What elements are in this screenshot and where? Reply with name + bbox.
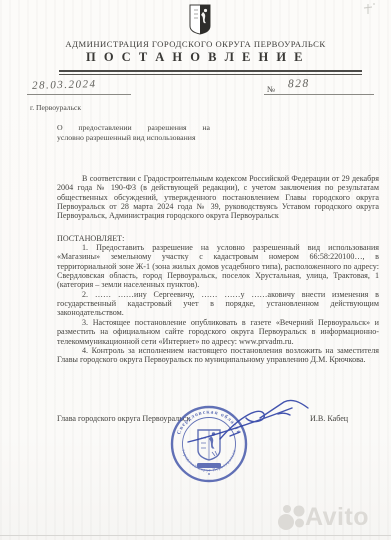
handwritten-date: 28.03.2024 [32,78,97,92]
resolves-heading: ПОСТАНОВЛЯЕТ: [57,234,379,243]
item-paragraph-3: 3. Настоящее постановление опубликовать … [57,318,379,346]
scanned-document-page: АДМИНИСТРАЦИЯ ГОРОДСКОГО ОКРУГА ПЕРВОУРА… [0,0,391,540]
document-type-title: П О С Т А Н О В Л Е Н И Е [0,50,391,65]
handwritten-number: 828 [288,78,310,90]
city-label: г. Первоуральск [30,103,81,112]
coat-of-arms-icon [189,4,211,35]
item-paragraph-4: 4. Контроль за исполнением настоящего по… [57,346,379,365]
avito-watermark: Avito [278,501,369,533]
bottom-edge-line [0,535,391,536]
document-body: В соответствии с Градостроительным кодек… [57,174,379,365]
date-underline [27,94,131,95]
pencil-mark [360,2,376,18]
intro-paragraph: В соответствии с Градостроительным кодек… [57,174,379,221]
number-sign: № [267,84,275,94]
organization-name: АДМИНИСТРАЦИЯ ГОРОДСКОГО ОКРУГА ПЕРВОУРА… [0,39,391,49]
header-divider [59,70,362,75]
item-paragraph-1: 1. Предоставить разрешение на условно ра… [57,243,379,290]
subject-line-1: О предоставлении разрешения на [57,123,210,133]
signature-ink [160,392,320,462]
avito-watermark-label: Avito [305,502,369,532]
subject-line-2: условно разрешенный вид использования [57,133,210,143]
avito-logo-icon [278,501,305,533]
item-paragraph-2: 2. …… ……ину Сергеевичу, …… ……у ……аковичу… [57,290,379,318]
document-subject: О предоставлении разрешения на условно р… [57,123,210,142]
number-underline [264,94,374,95]
